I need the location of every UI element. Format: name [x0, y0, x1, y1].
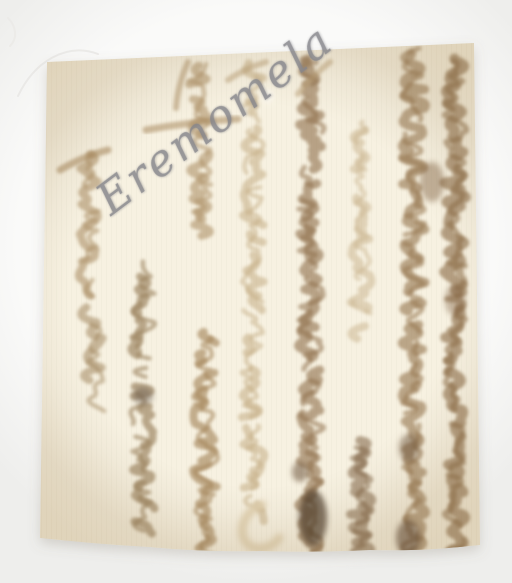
specimen-label-photo: Eremomela: [0, 0, 512, 583]
ink-bleedthrough-layer: [38, 40, 484, 564]
